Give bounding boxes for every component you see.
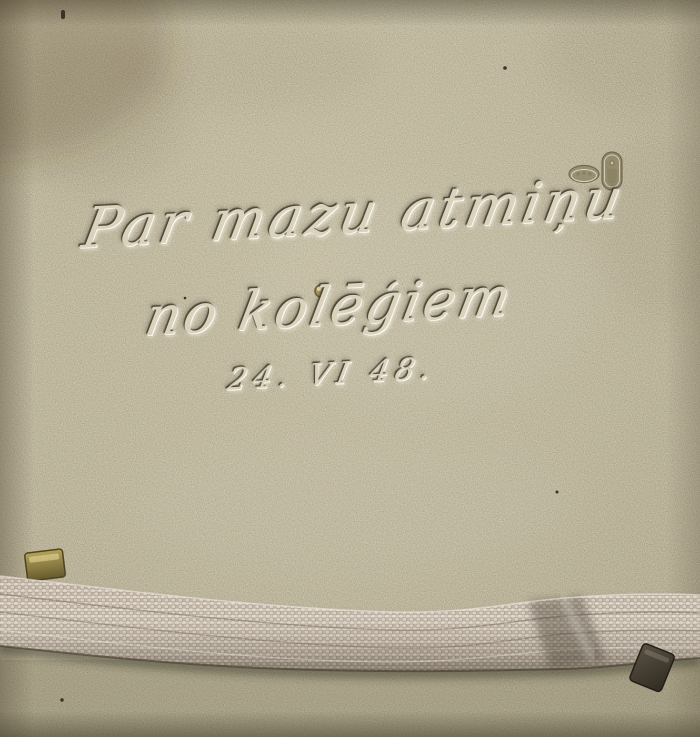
maker-mark-oval-stamp [569,166,599,183]
photo-engraved-case-back: Par mazu atmiņu no kolēģiem 24. VI 48. [0,0,700,737]
solder-dot [315,285,327,297]
assay-mark-oval-stamp [602,152,622,190]
brass-clip [24,549,65,581]
metal-surface [0,0,700,737]
